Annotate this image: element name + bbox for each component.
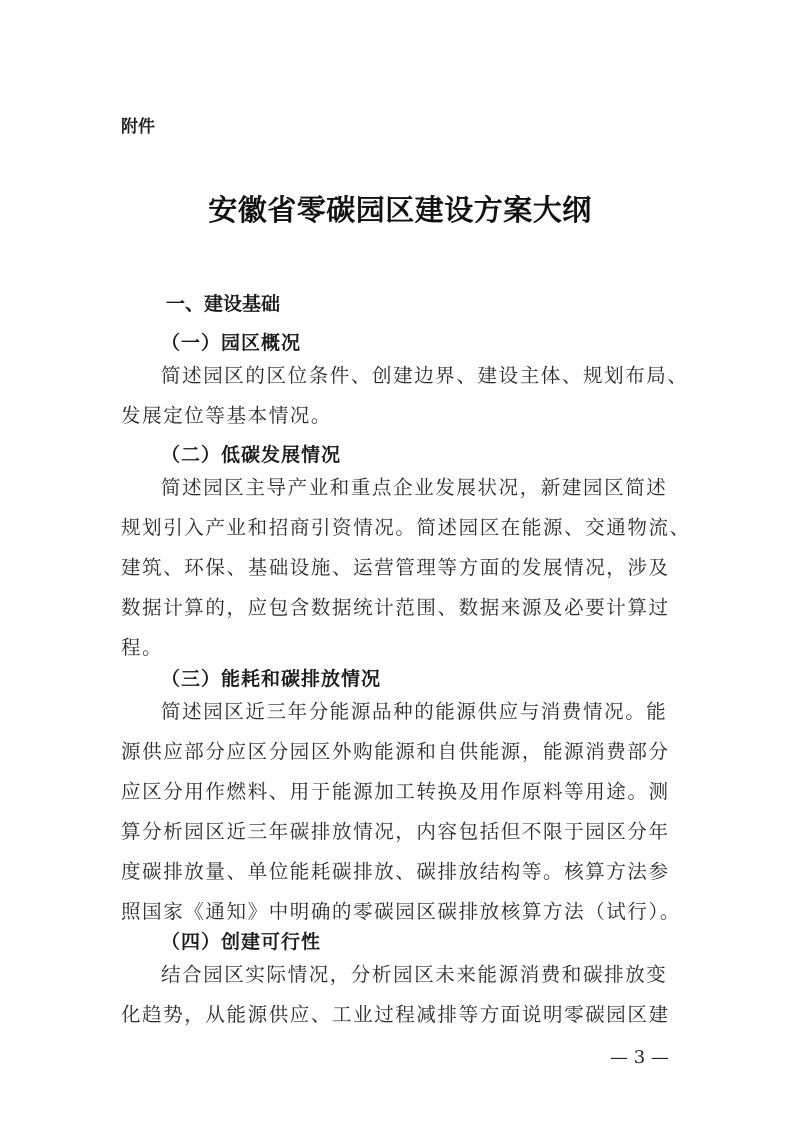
text-line: 简述园区近三年分能源品种的能源供应与消费情况。能	[121, 692, 681, 732]
text-line: 数据计算的，应包含数据统计范围、数据来源及必要计算过	[121, 588, 681, 628]
document-page: 附件 安徽省零碳园区建设方案大纲 一、建设基础 （一）园区概况 简述园区的区位条…	[0, 0, 800, 1122]
subsection-heading-3: （三）能耗和碳排放情况	[161, 664, 381, 691]
subsection-heading-2: （二）低碳发展情况	[161, 440, 341, 467]
paragraph-park-overview: 简述园区的区位条件、创建边界、建设主体、规划布局、 发展定位等基本情况。	[121, 356, 681, 436]
text-line: 结合园区实际情况，分析园区未来能源消费和碳排放变	[121, 955, 681, 995]
text-line: 建筑、环保、基础设施、运营管理等方面的发展情况，涉及	[121, 548, 681, 588]
text-line: 照国家《通知》中明确的零碳园区碳排放核算方法（试行）。	[121, 892, 681, 932]
subsection-heading-1: （一）园区概况	[161, 328, 301, 355]
subsection-heading-4: （四）创建可行性	[161, 927, 321, 954]
text-line: 简述园区的区位条件、创建边界、建设主体、规划布局、	[121, 356, 681, 396]
text-line: 程。	[121, 628, 681, 668]
section-heading-1: 一、建设基础	[166, 289, 280, 316]
attachment-label: 附件	[121, 112, 155, 137]
text-line: 规划引入产业和招商引资情况。简述园区在能源、交通物流、	[121, 508, 681, 548]
text-line: 应区分用作燃料、用于能源加工转换及用作原料等用途。测	[121, 772, 681, 812]
paragraph-low-carbon: 简述园区主导产业和重点企业发展状况，新建园区简述 规划引入产业和招商引资情况。简…	[121, 468, 681, 668]
text-line: 源供应部分应区分园区外购能源和自供能源，能源消费部分	[121, 732, 681, 772]
page-number: — 3 —	[610, 1047, 669, 1068]
text-line: 度碳排放量、单位能耗碳排放、碳排放结构等。核算方法参	[121, 852, 681, 892]
document-title: 安徽省零碳园区建设方案大纲	[0, 188, 800, 229]
text-line: 发展定位等基本情况。	[121, 396, 681, 436]
paragraph-energy-carbon: 简述园区近三年分能源品种的能源供应与消费情况。能 源供应部分应区分园区外购能源和…	[121, 692, 681, 932]
text-line: 化趋势，从能源供应、工业过程减排等方面说明零碳园区建	[121, 995, 681, 1035]
text-line: 算分析园区近三年碳排放情况，内容包括但不限于园区分年	[121, 812, 681, 852]
text-line: 简述园区主导产业和重点企业发展状况，新建园区简述	[121, 468, 681, 508]
paragraph-feasibility: 结合园区实际情况，分析园区未来能源消费和碳排放变 化趋势，从能源供应、工业过程减…	[121, 955, 681, 1035]
